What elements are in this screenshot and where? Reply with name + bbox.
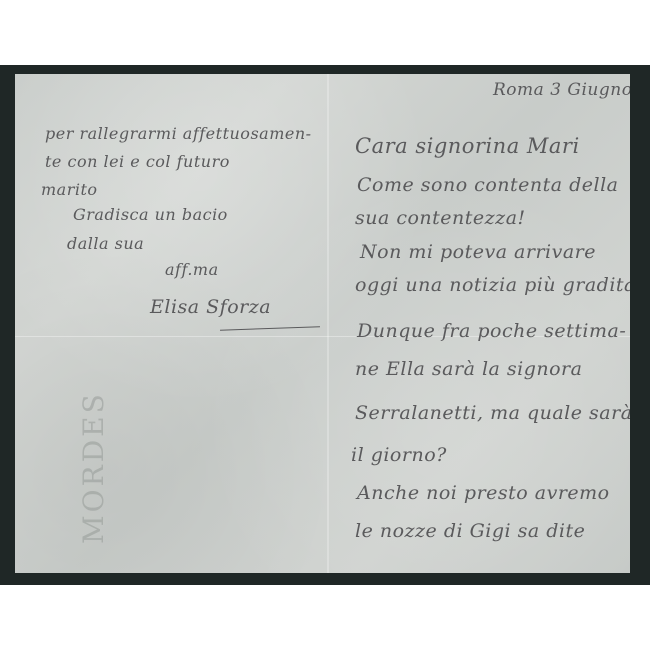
letter-line: Gradisca un bacio <box>73 205 228 224</box>
letter-line: Come sono contenta della <box>357 174 619 196</box>
signature-underline <box>220 326 320 330</box>
dateline: Roma 3 Giugno <box>493 80 630 100</box>
letter-line: sua contentezza! <box>355 207 526 229</box>
letter-line: Dunque fra poche settima- <box>357 320 626 342</box>
letter-line: le nozze di Gigi sa dite <box>355 520 585 542</box>
watermark-text: MORDES <box>77 391 110 544</box>
vertical-fold-line <box>327 74 329 573</box>
signature: Elisa Sforza <box>150 296 271 318</box>
letter-line: per rallegrarmi affettuosamen- <box>45 124 312 143</box>
closing: aff.ma <box>165 260 219 279</box>
letter-line: Anche noi presto avremo <box>357 482 610 504</box>
letter-line: dalla sua <box>67 234 144 253</box>
letter-line: il giorno? <box>351 444 447 466</box>
letter-line: oggi una notizia più gradita. <box>355 274 630 296</box>
letter-paper: MORDES Roma 3 Giugno Cara signorina Mari… <box>15 74 630 573</box>
letter-line: marito <box>41 180 98 199</box>
letter-line: Non mi poteva arrivare <box>360 241 596 263</box>
salutation: Cara signorina Mari <box>355 134 580 158</box>
letter-line: Serralanetti, ma quale sarà <box>355 402 630 424</box>
letter-line: ne Ella sarà la signora <box>355 358 582 380</box>
letter-line: te con lei e col futuro <box>45 152 230 171</box>
